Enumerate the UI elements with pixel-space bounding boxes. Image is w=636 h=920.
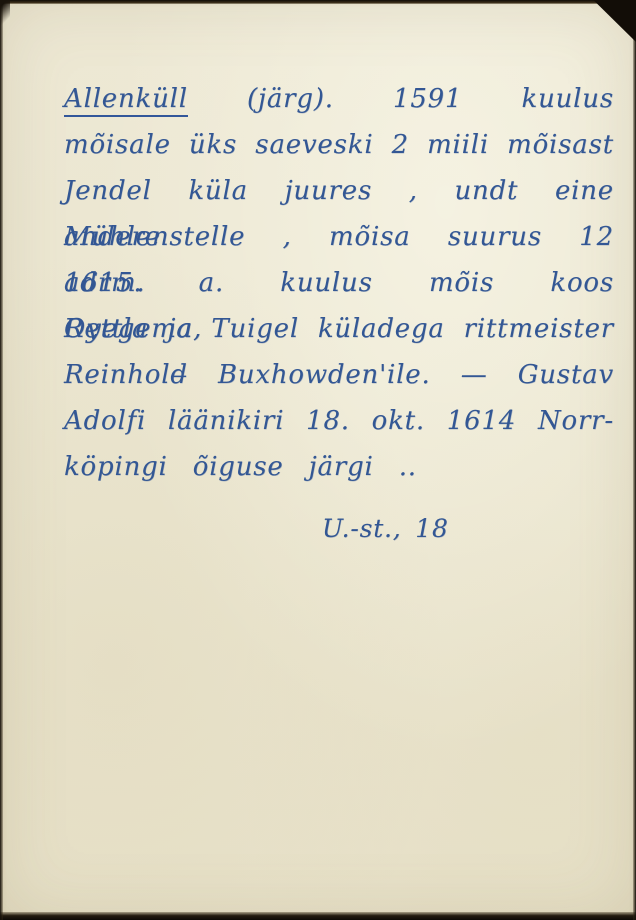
scan-corner-top-left xyxy=(0,0,10,26)
scan-edge-left xyxy=(0,0,3,920)
note-line: Rettla ja Tuigel küladega rittmeister xyxy=(64,306,614,352)
note-line: 1615. a. kuulus mõis koos Oyegema, xyxy=(64,260,614,306)
note-line: Reinhold̶ Buxhowden'ile. — Gustav xyxy=(64,352,614,398)
note-line: Mühlenstelle , mõisa suurus 12 adrm. xyxy=(64,214,614,260)
note-line-text: (järg). 1591 kuulus xyxy=(247,84,614,114)
scan-edge-bottom xyxy=(0,912,636,920)
note-line: Adolfi läänikiri 18. okt. 1614 Norr- xyxy=(64,398,614,444)
scan-edge-top xyxy=(0,0,636,4)
handwritten-note: Allenküll (järg). 1591 kuulus mõisale ük… xyxy=(64,76,614,552)
note-line: mõisale üks saeveski 2 miili mõisast xyxy=(64,122,614,168)
note-line: köpingi õiguse järgi .. xyxy=(64,444,614,490)
entry-title: Allenküll xyxy=(64,84,188,117)
source-citation: U.-st., 18 xyxy=(322,506,614,552)
scanned-document: Allenküll (järg). 1591 kuulus mõisale ük… xyxy=(0,0,636,920)
note-line: Jendel küla juures , undt eine andere xyxy=(64,168,614,214)
note-line: Allenküll (järg). 1591 kuulus xyxy=(64,76,614,122)
